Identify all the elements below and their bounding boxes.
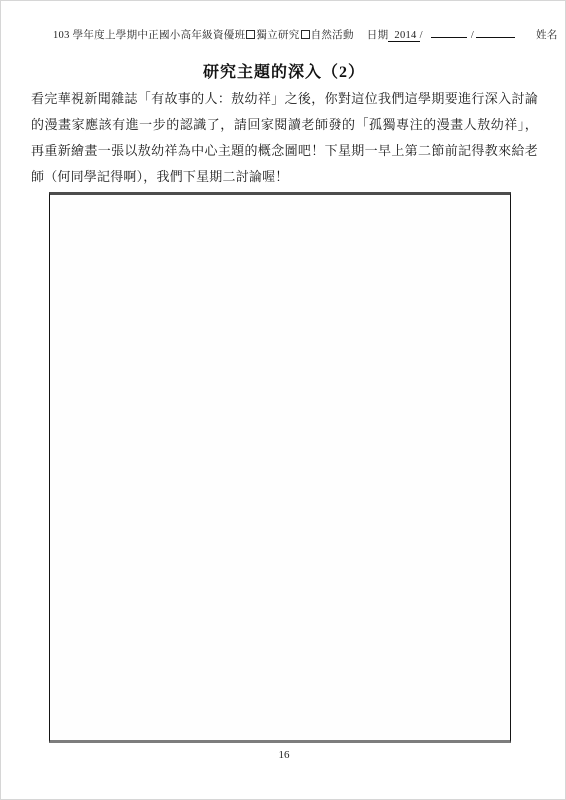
date-day-blank: [476, 27, 515, 38]
worksheet-page: 103 學年度上學期中正國小高年級資優班獨立研究自然活動日期2014//姓名 研…: [0, 0, 566, 800]
checkbox-independent-research: [246, 30, 255, 39]
date-month-blank: [431, 27, 467, 38]
page-header: 103 學年度上學期中正國小高年級資優班獨立研究自然活動日期2014//姓名: [53, 27, 553, 42]
date-year-value: 2014: [388, 30, 419, 42]
date-slash-1: /: [420, 30, 423, 41]
page-number: 16: [1, 749, 566, 761]
date-slash-2: /: [471, 30, 474, 41]
course-info-text: 103 學年度上學期中正國小高年級資優班: [53, 30, 245, 41]
option-independent-research-label: 獨立研究: [256, 30, 299, 41]
option-nature-activity-label: 自然活動: [311, 30, 354, 41]
assignment-instructions: 看完華視新聞雜誌「有故事的人：敖幼祥」之後，你對這位我們這學期要進行深入討論的漫…: [31, 86, 538, 190]
student-name-label: 姓名: [536, 30, 558, 41]
checkbox-nature-activity: [301, 30, 310, 39]
concept-map-drawing-area: [49, 192, 511, 743]
date-label: 日期: [367, 30, 389, 41]
page-title: 研究主題的深入（2）: [1, 59, 566, 82]
